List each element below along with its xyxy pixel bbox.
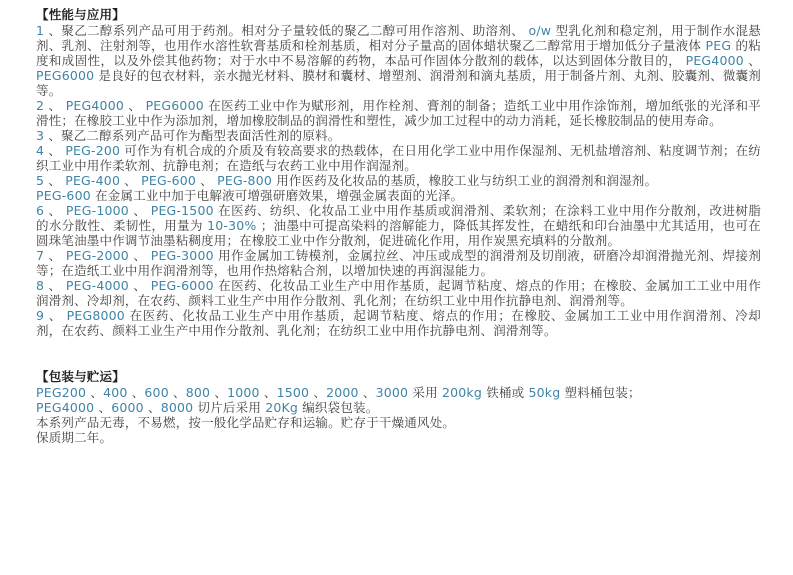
latin-highlight: 9 bbox=[36, 308, 44, 323]
latin-highlight: 4 bbox=[36, 143, 44, 158]
latin-highlight: PEG-6000 bbox=[151, 278, 214, 293]
paragraph: 7 、 PEG-2000 、 PEG-3000 用作金属加工铸模剂，金属拉丝、冲… bbox=[36, 248, 761, 278]
latin-highlight: PEG bbox=[706, 38, 732, 53]
section-heading-performance: 【性能与应用】 bbox=[36, 6, 761, 23]
latin-highlight: PEG4000 bbox=[36, 400, 94, 415]
latin-highlight: PEG-4000 bbox=[66, 278, 129, 293]
section-body-performance: 1 、聚乙二醇系列产品可用于药剂。相对分子量较低的聚乙二醇可用作溶剂、助溶剂、 … bbox=[36, 23, 761, 338]
latin-highlight: PEG8000 bbox=[67, 308, 125, 323]
latin-highlight: 400 bbox=[103, 385, 127, 400]
paragraph: 2 、 PEG4000 、 PEG6000 在医药工业中作为赋形剂，用作栓剂、膏… bbox=[36, 98, 761, 128]
latin-highlight: PEG-600 bbox=[141, 173, 196, 188]
latin-highlight: PEG4000 bbox=[686, 53, 744, 68]
section-heading-packaging: 【包装与贮运】 bbox=[36, 368, 761, 385]
section-performance-and-application: 【性能与应用】 1 、聚乙二醇系列产品可用于药剂。相对分子量较低的聚乙二醇可用作… bbox=[36, 6, 761, 338]
paragraph: 3 、聚乙二醇系列产品可作为酯型表面活性剂的原料。 bbox=[36, 128, 761, 143]
paragraph: 9 、 PEG8000 在医药、化妆品工业生产中用作基质，起调节粘度、熔点的作用… bbox=[36, 308, 761, 338]
latin-highlight: 7 bbox=[36, 248, 44, 263]
latin-highlight: 600 bbox=[144, 385, 168, 400]
latin-highlight: o/w bbox=[528, 23, 551, 38]
latin-highlight: PEG6000 bbox=[36, 68, 94, 83]
latin-highlight: 1500 bbox=[277, 385, 310, 400]
latin-highlight: 2000 bbox=[326, 385, 359, 400]
latin-highlight: 6000 bbox=[111, 400, 144, 415]
latin-highlight: 8 bbox=[36, 278, 44, 293]
latin-highlight: 1000 bbox=[227, 385, 260, 400]
latin-highlight: PEG-800 bbox=[217, 173, 272, 188]
latin-highlight: 800 bbox=[186, 385, 210, 400]
latin-highlight: PEG200 bbox=[36, 385, 86, 400]
paragraph: 1 、聚乙二醇系列产品可用于药剂。相对分子量较低的聚乙二醇可用作溶剂、助溶剂、 … bbox=[36, 23, 761, 98]
paragraph: 4 、 PEG-200 可作为有机合成的介质及有较高要求的热载体，在日用化学工业… bbox=[36, 143, 761, 173]
paragraph: PEG-600 在金属工业中加于电解液可增强研磨效果，增强金属表面的光泽。 bbox=[36, 188, 761, 203]
latin-highlight: 3000 bbox=[376, 385, 409, 400]
paragraph: 本系列产品无毒，不易燃，按一般化学品贮存和运输。贮存于干燥通风处。 bbox=[36, 415, 761, 430]
latin-highlight: 50kg bbox=[528, 385, 560, 400]
latin-highlight: PEG-600 bbox=[36, 188, 91, 203]
latin-highlight: 6 bbox=[36, 203, 44, 218]
paragraph: 保质期二年。 bbox=[36, 430, 761, 445]
paragraph: PEG4000 、6000 、8000 切片后采用 20Kg 编织袋包装。 bbox=[36, 400, 761, 415]
section-packaging-and-storage: 【包装与贮运】 PEG200 、400 、600 、800 、1000 、150… bbox=[36, 368, 761, 445]
latin-highlight: 200kg bbox=[442, 385, 482, 400]
latin-highlight: 10-30% bbox=[207, 218, 256, 233]
latin-highlight: 2 bbox=[36, 98, 44, 113]
latin-highlight: 20Kg bbox=[265, 400, 298, 415]
latin-highlight: 8000 bbox=[161, 400, 194, 415]
document-page: 【性能与应用】 1 、聚乙二醇系列产品可用于药剂。相对分子量较低的聚乙二醇可用作… bbox=[0, 0, 793, 575]
latin-highlight: PEG-1000 bbox=[66, 203, 129, 218]
paragraph: 6 、 PEG-1000 、 PEG-1500 在医药、纺织、化妆品工业中用作基… bbox=[36, 203, 761, 248]
latin-highlight: PEG-1500 bbox=[151, 203, 214, 218]
latin-highlight: PEG4000 bbox=[66, 98, 124, 113]
latin-highlight: PEG-3000 bbox=[151, 248, 214, 263]
latin-highlight: PEG-200 bbox=[65, 143, 120, 158]
paragraph: 5 、 PEG-400 、 PEG-600 、 PEG-800 用作医药及化妆品… bbox=[36, 173, 761, 188]
latin-highlight: PEG6000 bbox=[146, 98, 204, 113]
latin-highlight: 3 bbox=[36, 128, 44, 143]
latin-highlight: PEG-400 bbox=[65, 173, 120, 188]
section-body-packaging: PEG200 、400 、600 、800 、1000 、1500 、2000 … bbox=[36, 385, 761, 445]
paragraph: PEG200 、400 、600 、800 、1000 、1500 、2000 … bbox=[36, 385, 761, 400]
latin-highlight: PEG-2000 bbox=[66, 248, 129, 263]
latin-highlight: 1 bbox=[36, 23, 44, 38]
latin-highlight: 5 bbox=[36, 173, 44, 188]
paragraph: 8 、 PEG-4000 、 PEG-6000 在医药、化妆品工业生产中用作基质… bbox=[36, 278, 761, 308]
